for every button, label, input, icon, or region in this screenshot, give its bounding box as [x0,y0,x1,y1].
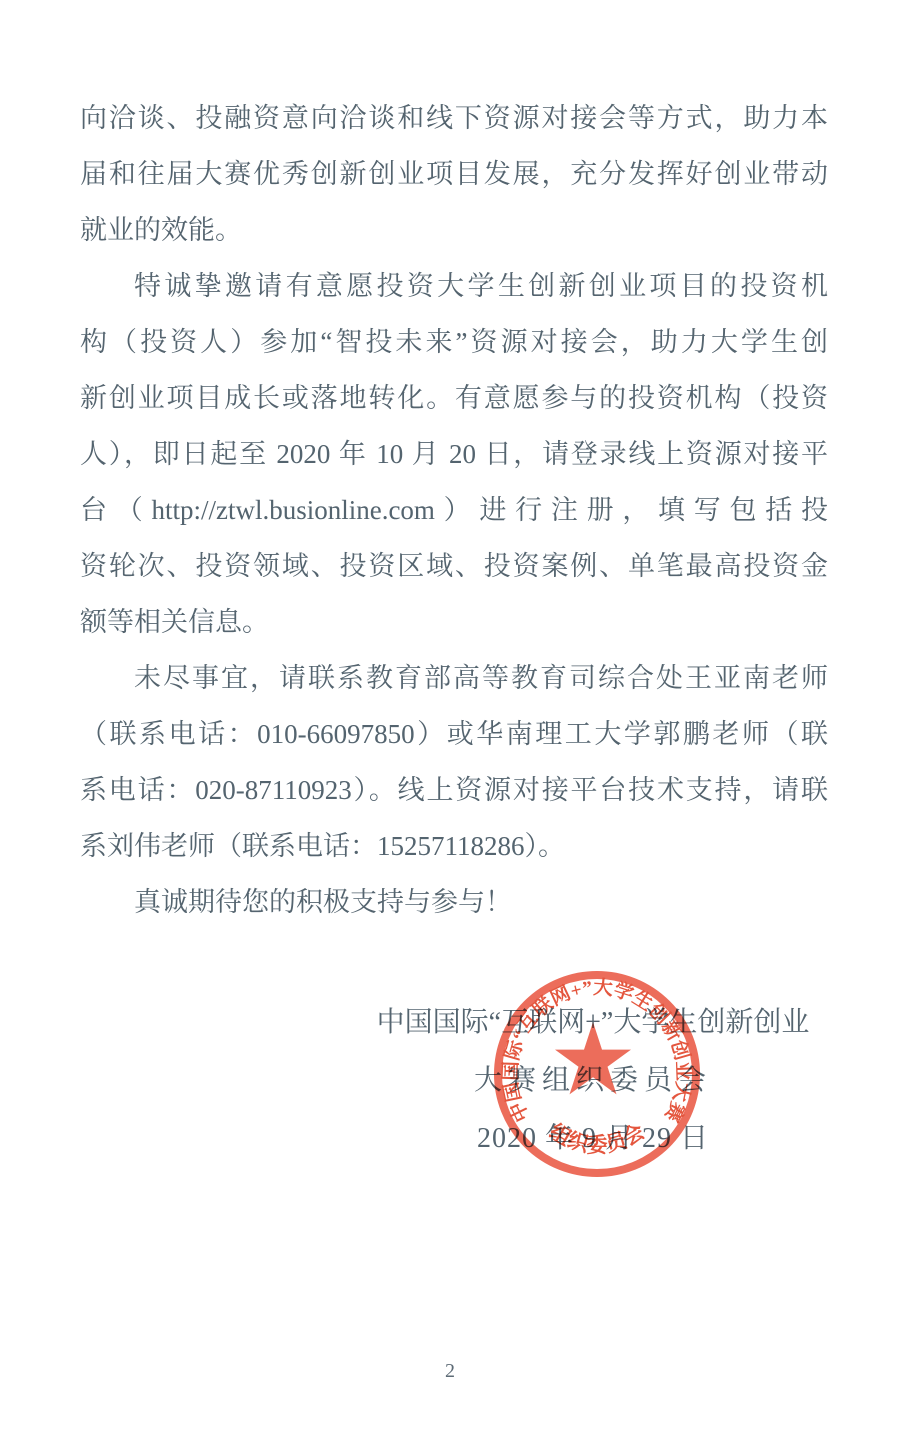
body-line: 系电话：020-87110923）。线上资源对接平台技术支持，请联 [80,762,828,818]
body-line: 就业的效能。 [80,202,828,258]
body-line: 新创业项目成长或落地转化。有意愿参与的投资机构（投资 [80,370,828,426]
seal-star-icon [555,1022,631,1094]
body-line: 真诚期待您的积极支持与参与！ [80,874,828,930]
document-page: 向洽谈、投融资意向洽谈和线下资源对接会等方式，助力本 届和往届大赛优秀创新创业项… [0,0,924,1435]
body-line: 未尽事宜，请联系教育部高等教育司综合处王亚南老师 [80,650,828,706]
seal-bottom-text: 组织委员会 [545,1119,648,1157]
official-seal: 中国国际“互联网+”大学生创新创业大赛 组织委员会 [489,966,705,1182]
body-line: （联系电话：010-66097850）或华南理工大学郭鹏老师（联 [80,706,828,762]
body-line: 人），即日起至 2020 年 10 月 20 日，请登录线上资源对接平 [80,426,828,482]
body-line: 向洽谈、投融资意向洽谈和线下资源对接会等方式，助力本 [80,90,828,146]
body-line: 构（投资人）参加“智投未来”资源对接会，助力大学生创 [80,314,828,370]
body-line: 资轮次、投资领域、投资区域、投资案例、单笔最高投资金 [80,538,828,594]
body-line: 系刘伟老师（联系电话：15257118286）。 [80,818,828,874]
body-line: 台（http://ztwl.busionline.com）进行注册，填写包括投 [80,482,828,538]
body-line: 届和往届大赛优秀创新创业项目发展，充分发挥好创业带动 [80,146,828,202]
body-line: 额等相关信息。 [80,594,828,650]
body-line: 特诚挚邀请有意愿投资大学生创新创业项目的投资机 [80,258,828,314]
letter-body: 向洽谈、投融资意向洽谈和线下资源对接会等方式，助力本 届和往届大赛优秀创新创业项… [80,90,828,930]
page-number: 2 [400,1360,500,1383]
